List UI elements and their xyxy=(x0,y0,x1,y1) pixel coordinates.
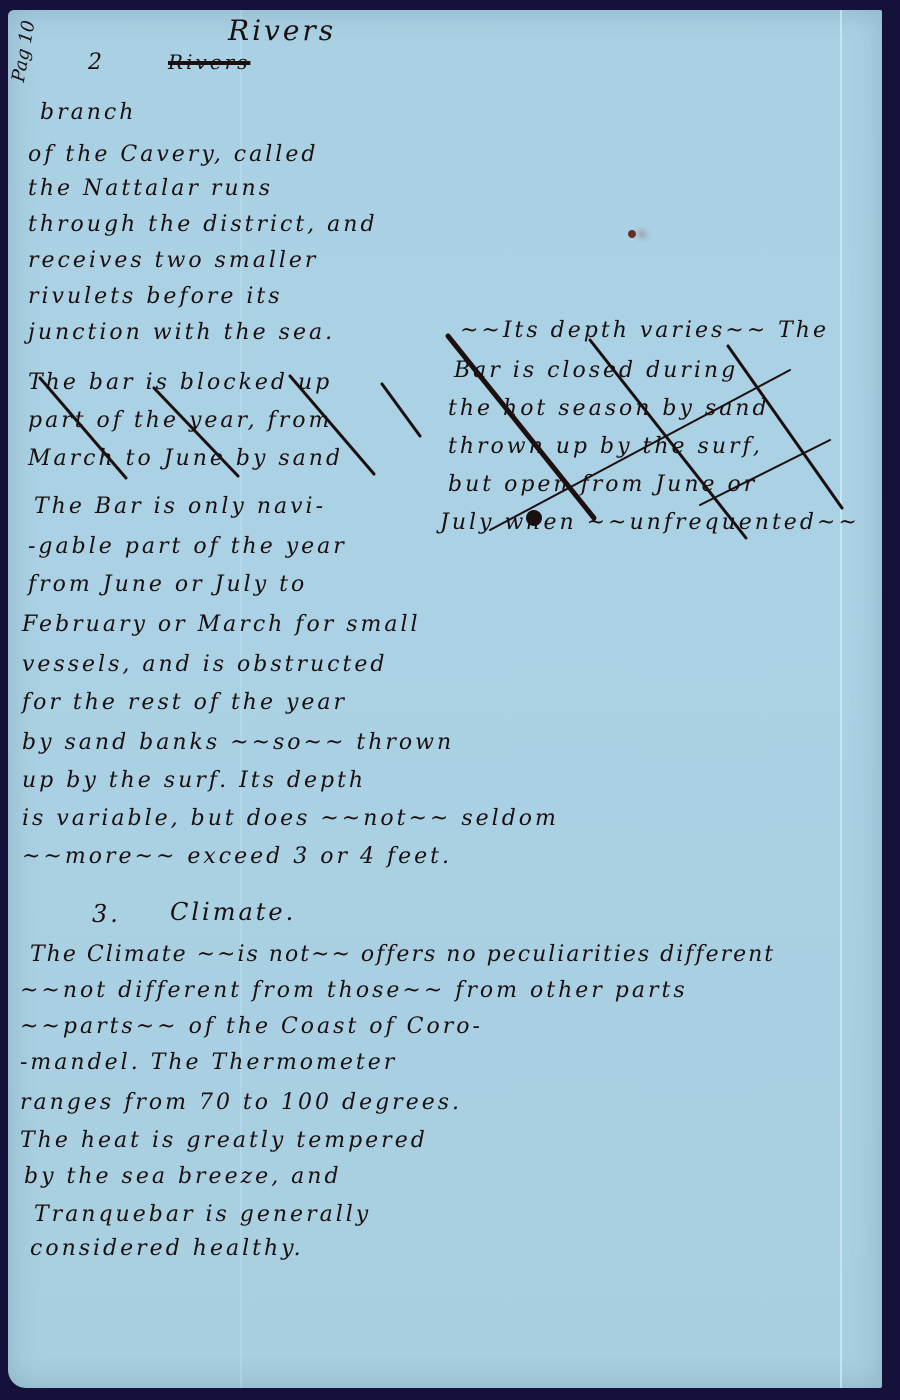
text-line: The Climate ~~is not~~ offers no peculia… xyxy=(30,942,775,967)
text-line: ~~Its depth varies~~ The xyxy=(460,318,829,343)
text-line: ~~not different from those~~ from other … xyxy=(20,978,688,1003)
text-line: branch xyxy=(40,100,136,125)
text-line-crossed: The bar is blocked up xyxy=(28,370,332,395)
text-line: through the district, and xyxy=(28,212,378,237)
text-line-crossed: part of the year, from xyxy=(28,408,332,433)
text-line: junction with the sea. xyxy=(28,320,335,345)
text-line: -mandel. The Thermometer xyxy=(20,1050,397,1075)
section3-heading: Climate. xyxy=(170,898,296,926)
text-line-crossed: Bar is closed during xyxy=(454,358,738,383)
text-line: up by the surf. Its depth xyxy=(22,768,366,793)
text-line: is variable, but does ~~not~~ seldom xyxy=(22,806,559,831)
text-line-crossed: July when ~~unfrequented~~ xyxy=(440,510,860,535)
ink-stain xyxy=(628,230,636,238)
text-line: from June or July to xyxy=(28,572,307,597)
text-line: by the sea breeze, and xyxy=(24,1164,342,1189)
heading: Rivers xyxy=(228,14,336,47)
heading-struck: Rivers xyxy=(168,50,250,74)
text-line-crossed: the hot season by sand xyxy=(448,396,770,421)
section3-number: 3. xyxy=(92,900,121,928)
text-line: rivulets before its xyxy=(28,284,283,309)
text-line: receives two smaller xyxy=(28,248,318,273)
text-line: the Nattalar runs xyxy=(28,176,273,201)
text-line-crossed: March to June by sand xyxy=(28,446,343,471)
text-line-crossed: thrown up by the surf, xyxy=(448,434,763,459)
text-line: ~~more~~ exceed 3 or 4 feet. xyxy=(22,844,452,869)
text-line: by sand banks ~~so~~ thrown xyxy=(22,730,454,755)
text-line: The heat is greatly tempered xyxy=(20,1128,428,1153)
text-line: vessels, and is obstructed xyxy=(22,652,387,677)
text-line: ranges from 70 to 100 degrees. xyxy=(20,1090,462,1115)
section-number: 2 xyxy=(88,50,105,75)
text-line: -gable part of the year xyxy=(28,534,347,559)
text-line-crossed: but open from June or xyxy=(448,472,757,497)
text-line: ~~parts~~ of the Coast of Coro- xyxy=(20,1014,483,1039)
paper-fold xyxy=(840,10,842,1388)
text-line: February or March for small xyxy=(22,612,421,637)
text-line: The Bar is only navi- xyxy=(34,494,326,519)
text-line: of the Cavery, called xyxy=(28,142,318,167)
text-line: for the rest of the year xyxy=(22,690,347,715)
text-line: Tranquebar is generally xyxy=(34,1202,371,1227)
text-line: considered healthy. xyxy=(30,1236,304,1261)
